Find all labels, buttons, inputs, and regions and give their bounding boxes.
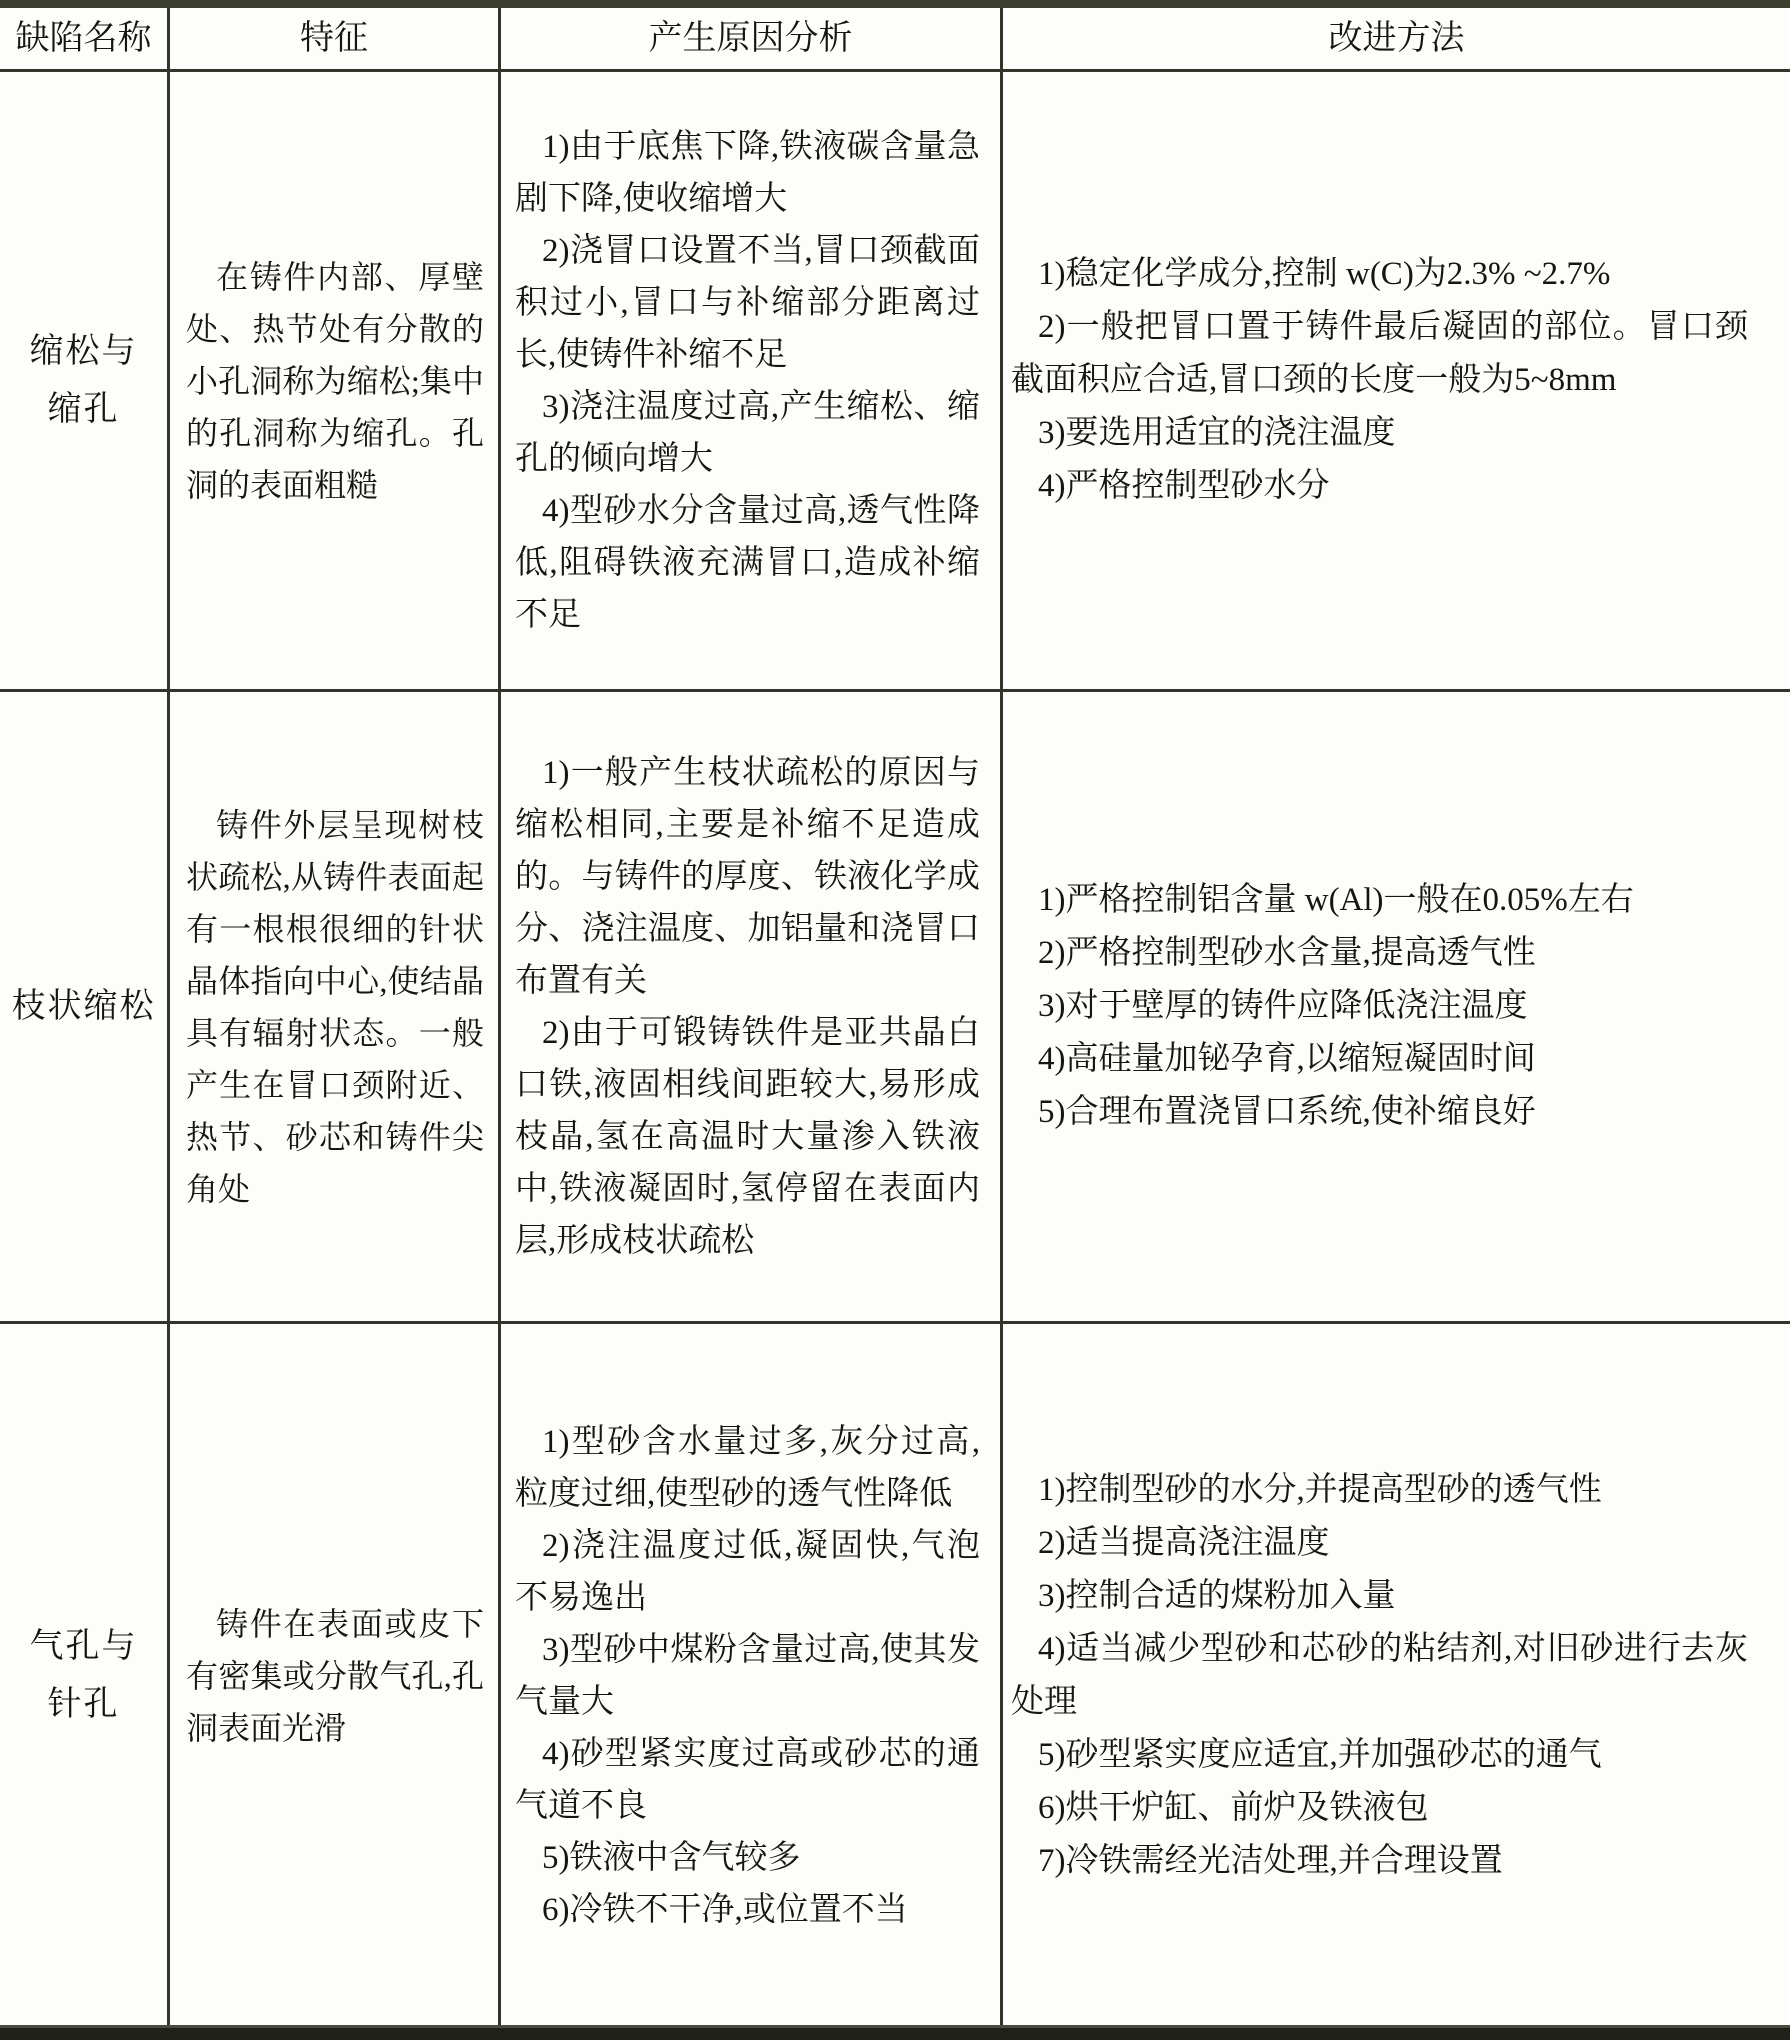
- improvement-item: 4)适当减少型砂和芯砂的粘结剂,对旧砂进行去灰处理: [1011, 1623, 1748, 1729]
- scanned-defects-table-page: 缺陷名称 特征 产生原因分析 改进方法 缩松与 缩孔 在铸件内部、厚壁处、热节处…: [0, 0, 1790, 2040]
- improvement-item: 6)烘干炉缸、前炉及铁液包: [1011, 1782, 1748, 1835]
- improvement-item: 5)合理布置浇冒口系统,使补缩良好: [1011, 1086, 1748, 1139]
- defect-name-line: 气孔与: [30, 1618, 138, 1676]
- cause-item: 2)由于可锻铸铁件是亚共晶白口铁,液固相线间距较大,易形成枝晶,氢在高温时大量渗…: [515, 1007, 980, 1267]
- improvement-item: 4)高硅量加铋孕育,以缩短凝固时间: [1011, 1033, 1748, 1086]
- page-bottom-edge: [0, 2025, 1790, 2040]
- col-header-feature: 特征: [170, 8, 501, 72]
- improvement-item: 1)稳定化学成分,控制 w(C)为2.3% ~2.7%: [1011, 248, 1748, 301]
- feature-cell: 铸件在表面或皮下有密集或分散气孔,孔洞表面光滑: [170, 1324, 501, 2028]
- feature-text: 铸件在表面或皮下有密集或分散气孔,孔洞表面光滑: [186, 1598, 484, 1754]
- improvement-cell: 1)稳定化学成分,控制 w(C)为2.3% ~2.7% 2)一般把冒口置于铸件最…: [1003, 72, 1790, 692]
- cause-item: 1)型砂含水量过多,灰分过高,粒度过细,使型砂的透气性降低: [515, 1416, 980, 1520]
- defect-name-line: 针孔: [48, 1676, 120, 1734]
- improvement-item: 3)控制合适的煤粉加入量: [1011, 1570, 1748, 1623]
- col-header-defect-name: 缺陷名称: [0, 8, 170, 72]
- improvement-item: 3)对于壁厚的铸件应降低浇注温度: [1011, 980, 1748, 1033]
- cause-item: 4)砂型紧实度过高或砂芯的通气道不良: [515, 1728, 980, 1832]
- defect-name-cell: 枝状缩松: [0, 692, 170, 1324]
- defect-name-line: 缩孔: [48, 381, 120, 439]
- cause-item: 1)由于底焦下降,铁液碳含量急剧下降,使收缩增大: [515, 121, 980, 225]
- improvement-cell: 1)严格控制铝含量 w(Al)一般在0.05%左右 2)严格控制型砂水含量,提高…: [1003, 692, 1790, 1324]
- improvement-item: 1)控制型砂的水分,并提高型砂的透气性: [1011, 1464, 1748, 1517]
- cause-analysis-cell: 1)由于底焦下降,铁液碳含量急剧下降,使收缩增大 2)浇冒口设置不当,冒口颈截面…: [501, 72, 1003, 692]
- col-header-cause-analysis: 产生原因分析: [501, 8, 1003, 72]
- defect-name-line: 缩松与: [30, 323, 138, 381]
- cause-item: 5)铁液中含气较多: [515, 1832, 980, 1884]
- improvement-item: 5)砂型紧实度应适宜,并加强砂芯的通气: [1011, 1729, 1748, 1782]
- defect-name-line: 枝状缩松: [12, 978, 156, 1036]
- improvement-item: 3)要选用适宜的浇注温度: [1011, 407, 1748, 460]
- cause-item: 3)型砂中煤粉含量过高,使其发气量大: [515, 1624, 980, 1728]
- improvement-item: 2)一般把冒口置于铸件最后凝固的部位。冒口颈截面积应合适,冒口颈的长度一般为5~…: [1011, 301, 1748, 407]
- defects-table: 缺陷名称 特征 产生原因分析 改进方法 缩松与 缩孔 在铸件内部、厚壁处、热节处…: [0, 8, 1790, 2028]
- cause-analysis-cell: 1)型砂含水量过多,灰分过高,粒度过细,使型砂的透气性降低 2)浇注温度过低,凝…: [501, 1324, 1003, 2028]
- defect-name-cell: 气孔与 针孔: [0, 1324, 170, 2028]
- feature-text: 铸件外层呈现树枝状疏松,从铸件表面起有一根根很细的针状晶体指向中心,使结晶具有辐…: [186, 799, 484, 1215]
- feature-cell: 铸件外层呈现树枝状疏松,从铸件表面起有一根根很细的针状晶体指向中心,使结晶具有辐…: [170, 692, 501, 1324]
- defect-name-cell: 缩松与 缩孔: [0, 72, 170, 692]
- feature-text: 在铸件内部、厚壁处、热节处有分散的小孔洞称为缩松;集中的孔洞称为缩孔。孔洞的表面…: [186, 251, 484, 511]
- improvement-item: 7)冷铁需经光洁处理,并合理设置: [1011, 1835, 1748, 1888]
- cause-item: 6)冷铁不干净,或位置不当: [515, 1884, 980, 1936]
- improvement-item: 2)适当提高浇注温度: [1011, 1517, 1748, 1570]
- cause-item: 3)浇注温度过高,产生缩松、缩孔的倾向增大: [515, 381, 980, 485]
- cause-item: 2)浇冒口设置不当,冒口颈截面积过小,冒口与补缩部分距离过长,使铸件补缩不足: [515, 225, 980, 381]
- feature-cell: 在铸件内部、厚壁处、热节处有分散的小孔洞称为缩松;集中的孔洞称为缩孔。孔洞的表面…: [170, 72, 501, 692]
- col-header-improvement: 改进方法: [1003, 8, 1790, 72]
- page-top-edge: [0, 0, 1790, 8]
- cause-item: 4)型砂水分含量过高,透气性降低,阻碍铁液充满冒口,造成补缩不足: [515, 485, 980, 641]
- improvement-item: 4)严格控制型砂水分: [1011, 460, 1748, 513]
- improvement-cell: 1)控制型砂的水分,并提高型砂的透气性 2)适当提高浇注温度 3)控制合适的煤粉…: [1003, 1324, 1790, 2028]
- improvement-item: 1)严格控制铝含量 w(Al)一般在0.05%左右: [1011, 874, 1748, 927]
- cause-item: 2)浇注温度过低,凝固快,气泡不易逸出: [515, 1520, 980, 1624]
- improvement-item: 2)严格控制型砂水含量,提高透气性: [1011, 927, 1748, 980]
- cause-item: 1)一般产生枝状疏松的原因与缩松相同,主要是补缩不足造成的。与铸件的厚度、铁液化…: [515, 747, 980, 1007]
- cause-analysis-cell: 1)一般产生枝状疏松的原因与缩松相同,主要是补缩不足造成的。与铸件的厚度、铁液化…: [501, 692, 1003, 1324]
